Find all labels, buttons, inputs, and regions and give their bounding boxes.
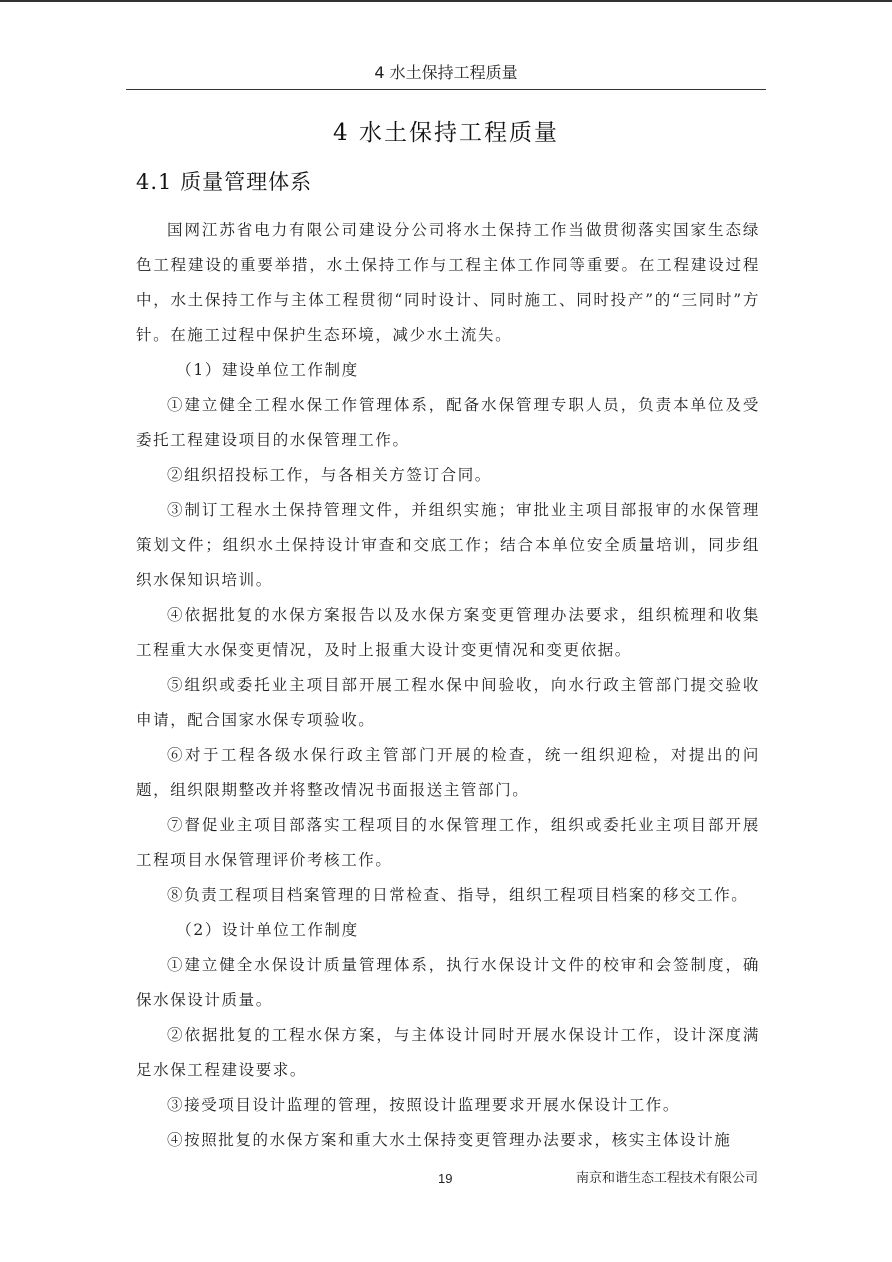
list-item: ⑤组织或委托业主项目部开展工程水保中间验收，向水行政主管部门提交验收申请，配合国… — [136, 668, 760, 738]
list-item: ①建立健全工程水保工作管理体系，配备水保管理专职人员，负责本单位及受委托工程建设… — [136, 388, 760, 458]
subsection-heading-construction-unit: （1）建设单位工作制度 — [136, 353, 760, 388]
section-title: 4.1 质量管理体系 — [136, 166, 312, 198]
intro-paragraph: 国网江苏省电力有限公司建设分公司将水土保持工作当做贯彻落实国家生态绿色工程建设的… — [136, 213, 760, 353]
list-item: ③接受项目设计监理的管理，按照设计监理要求开展水保设计工作。 — [136, 1088, 760, 1123]
company-footer: 南京和谐生态工程技术有限公司 — [576, 1170, 758, 1188]
running-header: 4 水土保持工程质量 — [126, 62, 766, 84]
list-item: ②依据批复的工程水保方案，与主体设计同时开展水保设计工作，设计深度满足水保工程建… — [136, 1018, 760, 1088]
list-item: ①建立健全水保设计质量管理体系，执行水保设计文件的校审和会签制度，确保水保设计质… — [136, 948, 760, 1018]
list-item: ⑧负责工程项目档案管理的日常检查、指导，组织工程项目档案的移交工作。 — [136, 878, 760, 913]
page-number: 19 — [438, 1170, 452, 1188]
list-item: ②组织招投标工作，与各相关方签订合同。 — [136, 458, 760, 493]
list-item: ④依据批复的水保方案报告以及水保方案变更管理办法要求，组织梳理和收集工程重大水保… — [136, 598, 760, 668]
page-top-border — [0, 0, 892, 2]
body-text: 国网江苏省电力有限公司建设分公司将水土保持工作当做贯彻落实国家生态绿色工程建设的… — [136, 213, 760, 1158]
subsection-heading-design-unit: （2）设计单位工作制度 — [136, 913, 760, 948]
header-rule — [126, 89, 766, 90]
list-item: ④按照批复的水保方案和重大水土保持变更管理办法要求，核实主体设计施 — [136, 1123, 760, 1158]
list-item: ⑥对于工程各级水保行政主管部门开展的检查，统一组织迎检，对提出的问题，组织限期整… — [136, 738, 760, 808]
list-item: ③制订工程水土保持管理文件，并组织实施；审批业主项目部报审的水保管理策划文件；组… — [136, 493, 760, 598]
list-item: ⑦督促业主项目部落实工程项目的水保管理工作，组织或委托业主项目部开展工程项目水保… — [136, 808, 760, 878]
chapter-title: 4 水土保持工程质量 — [126, 116, 766, 150]
